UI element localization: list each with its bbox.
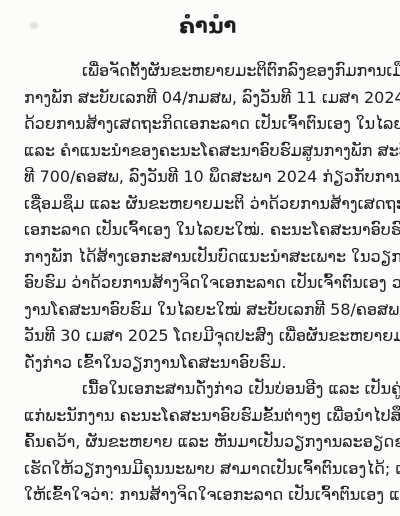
text-line: ແລະ ຄຳແນະນຳຂອງຄະນະໂຄສະນາອົບຮົມສູນກາງພັກ … [24,138,392,165]
text-line: ເອກະລາດ ເປັນເຈົ້າເອງ ໃນໄລຍະໃໝ່. ຄະນະໂຄສະ… [24,217,392,244]
text-line: ເຊື່ອມຊຶມ ແລະ ຜັນຂະຫຍາຍມະຕິ ວ່າດ້ວຍການສ້… [24,191,392,218]
text-line: ດ້ວຍການສ້າງເສດຖະກິດເອກະລາດ ເປັນເຈົ້າຕົນເ… [24,111,392,138]
text-line: ເນື້ອໃນເອກະສານດັ່ງກ່າວ ເປັນບ່ອນອີງ ແລະ ເ… [24,376,392,403]
scan-artifact [30,22,38,29]
text-line: ກາງພັກ ໄດ້ສ້າງເອກະສານເປັນບົດແນະນຳສະເພາະ … [24,244,392,271]
text-line: ຄົ້ນຄວ້າ, ຜັນຂະຫຍາຍ ແລະ ຫັນມາເປັນວຽກງານລ… [24,429,392,456]
text-line: ແກ່ພະນັກງານ ຄະນະໂຄສະນາອົບຮົມຂັ້ນຕ່າງໆ ເພ… [24,403,392,430]
document-page: ຄຳນຳ ເພື່ອຈັດຕັ້ງຜັນຂະຫຍາຍມະຕິຕົກລົງຂອງກ… [0,0,400,516]
text-line: ເພື່ອຈັດຕັ້ງຜັນຂະຫຍາຍມະຕິຕົກລົງຂອງກົມການ… [24,58,392,85]
text-line: ງານໂຄສະນາອົບຮົມ ໃນໄລຍະໃໝ່ ສະບັບເລກທີ 58/… [24,297,392,324]
paragraph-1: ເພື່ອຈັດຕັ້ງຜັນຂະຫຍາຍມະຕິຕົກລົງຂອງກົມການ… [24,58,392,376]
text-line: ດັ່ງກ່າວ ເຂົ້າໃນວຽກງານໂຄສະນາອົບຮົມ. [24,350,392,377]
text-line: ອົບຮົມ ວ່າດ້ວຍການສ້າງຈິດໃຈເອກະລາດ ເປັນເຈ… [24,270,392,297]
text-line: ກາງພັກ ສະບັບເລກທີ 04/ກມສພ, ລົງວັນທີ 11 ເ… [24,85,392,112]
paragraph-2: ເນື້ອໃນເອກະສານດັ່ງກ່າວ ເປັນບ່ອນອີງ ແລະ ເ… [24,376,392,509]
text-line: ເຮັດໃຫ້ວຽກງານມີຄຸນນະພາບ ສາມາດເປັນເຈົ້າຕົ… [24,456,392,483]
text-line: ທີ 700/ຄອສພ, ລົງວັນທີ 10 ພຶດສະພາ 2024 ກ່… [24,164,392,191]
page-title: ຄຳນຳ [24,10,392,42]
text-line: ໃຫ້ເຂົ້າໃຈວ່າ: ການສ້າງຈິດໃຈເອກະລາດ ເປັນເ… [24,482,392,509]
text-line: ວັນທີ 30 ເມສາ 2025 ໂດຍມີຈຸດປະສົງ ເພື່ອຜັ… [24,323,392,350]
